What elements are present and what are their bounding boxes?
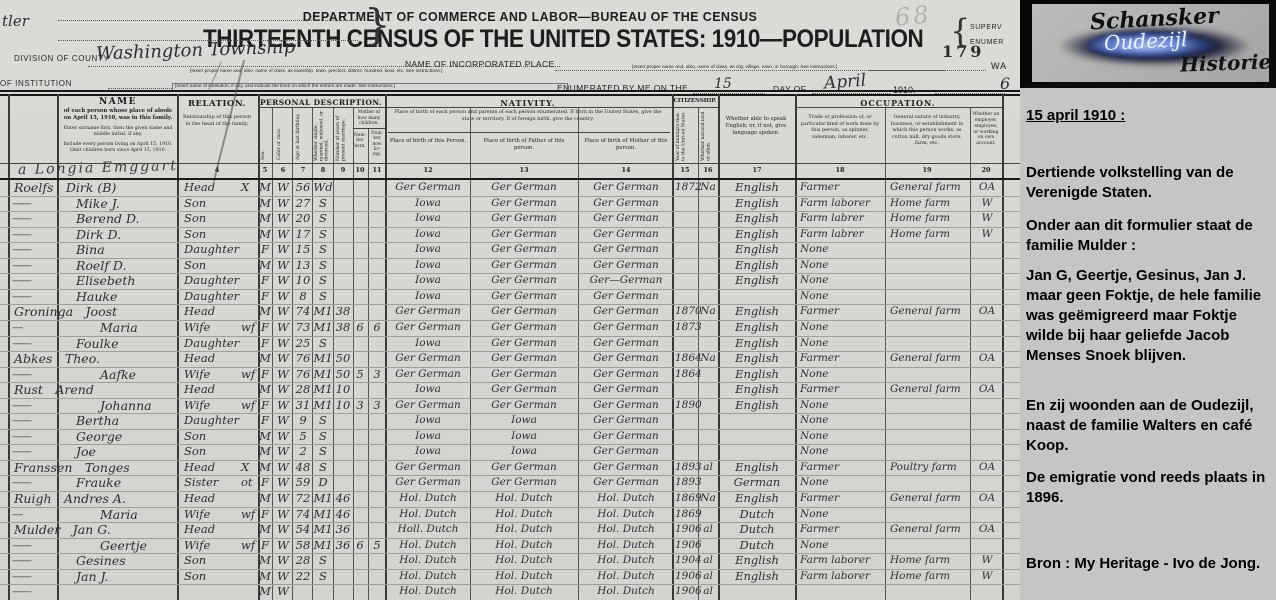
grid-line — [795, 107, 1002, 108]
cell-lang: Dutch — [739, 522, 774, 537]
cell-imm: 1906 — [675, 584, 702, 599]
cell-marital: M1 — [313, 522, 332, 537]
cell-name: Maria — [100, 320, 138, 335]
cell-rel: Daughter — [184, 289, 239, 304]
cell-trade: None — [800, 273, 829, 288]
cell-pob: Iowa — [415, 196, 441, 211]
cell-name: Ruigh Andres A. — [14, 491, 126, 506]
cell-industry: General farm — [890, 351, 961, 366]
cell-trade: Farm laborer — [800, 569, 870, 584]
annotation-sidebar: Schansker Oudezijl Historie 15 april 191… — [1020, 0, 1276, 600]
cell-rel: Daughter — [184, 336, 239, 351]
cell-relx: X — [241, 460, 249, 475]
cell-name: Franssen Tonges — [14, 460, 130, 475]
cell-rel: Head — [184, 522, 215, 537]
cell-pobf: Ger German — [491, 273, 557, 288]
cell-name: Joe — [76, 444, 96, 459]
cell-pobf: Ger German — [491, 382, 557, 397]
blank-line — [58, 20, 358, 21]
column-number: 11 — [372, 166, 381, 174]
cell-name: Aafke — [100, 367, 136, 382]
cell-yrs: 38 — [336, 304, 351, 319]
cell-rel: Wife — [184, 398, 210, 413]
cell-dash: —— — [12, 211, 29, 226]
cell-pobf: Ger German — [491, 258, 557, 273]
citizenship-title: CITIZENSHIP. — [674, 98, 717, 104]
cell-pobm: Ger German — [593, 258, 659, 273]
enumerator-label: ENUMER — [970, 39, 1004, 46]
cell-nat: al — [703, 522, 713, 537]
naturalized-header: Whether natural-ized or alien. — [701, 108, 715, 161]
cell-marital: M1 — [313, 507, 332, 522]
cell-lang: English — [735, 196, 779, 211]
cell-rel: Head — [184, 180, 215, 195]
cell-pob: Hol. Dutch — [399, 507, 457, 522]
cell-trade: Farmer — [800, 180, 839, 195]
cell-pob: Hol. Dutch — [399, 553, 457, 568]
cell-trade: None — [800, 320, 829, 335]
sidebar-paragraph: Dertiende volkstelling van de Verenigde … — [1026, 163, 1276, 203]
cell-lang: English — [735, 227, 779, 242]
census-row: Aafke——WifewfFW76M15053Ger GermanGer Ger… — [0, 367, 1020, 383]
cell-lang: English — [735, 351, 779, 366]
cell-lang: English — [735, 491, 779, 506]
cell-pobm: Ger German — [593, 351, 659, 366]
speak-english-header: Whether able to speak English; or, if no… — [722, 116, 790, 137]
cell-dash: —— — [12, 398, 29, 413]
census-row: Ruigh Andres A.HeadMW72M146Hol. DutchHol… — [0, 491, 1020, 507]
cell-pobm: Ger German — [593, 242, 659, 257]
column-number: 15 — [680, 166, 689, 174]
cell-pobf: Ger German — [491, 336, 557, 351]
cell-rel: Head — [184, 491, 215, 506]
trade-header: Trade or profession of, or particular ki… — [799, 114, 881, 140]
cell-pob: Ger German — [395, 304, 461, 319]
cell-age: 2 — [299, 444, 306, 459]
cell-pob: Iowa — [415, 413, 441, 428]
cell-lang: English — [735, 273, 779, 288]
cell-age: 15 — [296, 242, 311, 257]
cell-pob: Ger German — [395, 398, 461, 413]
cell-yrs: 46 — [336, 507, 351, 522]
rule — [0, 90, 1020, 92]
cell-sex: M — [259, 429, 271, 444]
cell-pobf: Iowa — [511, 444, 537, 459]
cell-name: Gesines — [76, 553, 126, 568]
cell-acct: OA — [979, 382, 995, 397]
cell-lang: English — [735, 460, 779, 475]
cell-pobf: Hol. Dutch — [495, 522, 553, 537]
cell-rel: Wife — [184, 538, 210, 553]
cell-relx: wf — [241, 398, 255, 413]
cell-dash: —— — [12, 584, 29, 599]
rule — [0, 94, 1020, 96]
cell-sex: M — [259, 460, 271, 475]
cell-pob: Hol. Dutch — [399, 538, 457, 553]
census-form-scan: DEPARTMENT OF COMMERCE AND LABOR—BUREAU … — [0, 0, 1020, 600]
logo-text-oudezijl: Oudezijl — [1103, 27, 1188, 55]
cell-imm: 1906 — [675, 569, 702, 584]
cell-marital: M1 — [313, 320, 332, 335]
cell-sex: F — [261, 320, 269, 335]
cell-pob: Ger German — [395, 460, 461, 475]
cell-pobm: Ger German — [593, 336, 659, 351]
cell-pobm: Ger German — [593, 211, 659, 226]
cell-relx: wf — [241, 538, 255, 553]
cell-acct: OA — [979, 491, 995, 506]
cell-acct: W — [982, 196, 993, 211]
cell-pobm: Ger German — [593, 289, 659, 304]
cell-sex: M — [259, 382, 271, 397]
cell-dash: —— — [12, 413, 29, 428]
cell-trade: Farm labrer — [800, 211, 864, 226]
cell-rel: Son — [184, 553, 206, 568]
cell-rel: Son — [184, 211, 206, 226]
cell-trade: None — [800, 429, 829, 444]
cell-pobm: Hol. Dutch — [597, 569, 655, 584]
cell-industry: Home farm — [890, 211, 950, 226]
census-row: George——SonMW5SIowaIowaGer GermanNone — [0, 429, 1020, 445]
cell-trade: None — [800, 413, 829, 428]
cell-name: Geertje — [100, 538, 147, 553]
cell-name: Bina — [76, 242, 105, 257]
cell-sex: M — [259, 227, 271, 242]
cell-dash: —— — [12, 475, 29, 490]
cell-living: 5 — [373, 538, 380, 553]
cell-pobf: Ger German — [491, 304, 557, 319]
cell-name: Roelfs Dirk (B) — [14, 180, 116, 195]
cell-lang: German — [734, 475, 781, 490]
cell-rel: Head — [184, 304, 215, 319]
census-row: Frauke——SisterotFW59DGer GermanGer Germa… — [0, 475, 1020, 491]
cell-color: W — [277, 211, 289, 226]
cell-relx: ot — [241, 475, 253, 490]
cell-name: Foulke — [76, 336, 119, 351]
census-row: Joe——SonMW2SIowaIowaGer GermanNone — [0, 444, 1020, 460]
cell-relx: wf — [241, 367, 255, 382]
cell-pobf: Ger German — [491, 242, 557, 257]
cell-trade: None — [800, 444, 829, 459]
cell-pobf: Ger German — [491, 196, 557, 211]
cell-pobf: Hol. Dutch — [495, 553, 553, 568]
cell-pobm: Hol. Dutch — [597, 553, 655, 568]
cell-age: 27 — [296, 196, 311, 211]
cell-sex: M — [259, 304, 271, 319]
cell-color: W — [277, 258, 289, 273]
cell-sex: M — [259, 553, 271, 568]
census-row: Elisebeth——DaughterFW10SIowaGer GermanGe… — [0, 273, 1020, 289]
census-row: Berend D.——SonMW20SIowaGer GermanGer Ger… — [0, 211, 1020, 227]
cell-name: Abkes Theo. — [14, 351, 100, 366]
cell-yrs: 36 — [336, 538, 351, 553]
incorporated-place-note: [Insert proper name and, also, name of c… — [632, 65, 877, 71]
cell-acct: W — [982, 211, 993, 226]
cell-name: Johanna — [100, 398, 152, 413]
cell-pobf: Iowa — [511, 413, 537, 428]
column-number: 16 — [703, 166, 712, 174]
cell-industry: Home farm — [890, 196, 950, 211]
cell-dash: —— — [12, 289, 29, 304]
cell-pobf: Hol. Dutch — [495, 584, 553, 599]
supervisor-label: SUPERV — [970, 24, 1002, 31]
cell-color: W — [277, 569, 289, 584]
cell-color: W — [277, 273, 289, 288]
cell-color: W — [277, 553, 289, 568]
cell-rel: Daughter — [184, 273, 239, 288]
cell-age: 17 — [296, 227, 311, 242]
logo-text-historie: Historie — [1180, 49, 1272, 76]
cell-rel: Son — [184, 429, 206, 444]
day-of-label: DAY OF — [773, 84, 806, 94]
cell-dash: —— — [12, 553, 29, 568]
cell-name: Groninga Joost — [14, 304, 117, 319]
cell-lang: English — [735, 398, 779, 413]
cell-trade: Farm labrer — [800, 227, 864, 242]
cell-trade: Farmer — [800, 491, 839, 506]
sidebar-source: Bron : My Heritage - Ivo de Jong. — [1026, 554, 1276, 574]
cell-pobf: Hol. Dutch — [495, 538, 553, 553]
column-number: 8 — [321, 166, 326, 174]
cell-marital: Wd — [313, 180, 332, 195]
cell-age: 28 — [296, 553, 311, 568]
cell-nat: al — [703, 460, 713, 475]
census-row: Abkes Theo.HeadMW76M150Ger GermanGer Ger… — [0, 351, 1020, 367]
cell-imm: 1864 — [675, 367, 702, 382]
grid-line — [388, 132, 670, 133]
cell-living: 3 — [373, 367, 380, 382]
relation-column-title: RELATION. — [188, 99, 246, 109]
immigration-year-header: Year of immigra-tion to the Unit-ed Stat… — [676, 108, 694, 161]
cell-trade: Farm laborer — [800, 196, 870, 211]
cell-age: 76 — [296, 367, 311, 382]
ward-line — [868, 70, 986, 71]
census-row: Johanna——WifewfFW31M11033Ger GermanGer G… — [0, 398, 1020, 414]
cell-pobm: Ger German — [593, 382, 659, 397]
column-number: 18 — [835, 166, 844, 174]
cell-name: Mulder Jan G. — [14, 522, 111, 537]
cell-pobm: Hol. Dutch — [597, 507, 655, 522]
cell-pob: Ger German — [395, 475, 461, 490]
cell-marital: M1 — [313, 491, 332, 506]
cell-rel: Wife — [184, 320, 210, 335]
cell-trade: None — [800, 507, 829, 522]
cell-age: 54 — [296, 522, 311, 537]
cell-lang: English — [735, 211, 779, 226]
cell-age: 56 — [296, 180, 311, 195]
cell-name: George — [76, 429, 122, 444]
cell-pobf: Ger German — [491, 289, 557, 304]
cell-dash: —— — [12, 258, 29, 273]
employer-header: Whether an employer, employee, or workin… — [972, 112, 1000, 147]
cell-born: 5 — [356, 367, 363, 382]
cell-marital: S — [319, 413, 327, 428]
cell-color: W — [277, 413, 289, 428]
years-married-header: Number of years of present marriage. — [336, 108, 350, 161]
cell-trade: Farmer — [800, 522, 839, 537]
cell-trade: Farmer — [800, 351, 839, 366]
cell-dash: — — [12, 320, 21, 335]
cell-imm: 1869 — [675, 491, 702, 506]
cell-name: Bertha — [76, 413, 119, 428]
cell-yrs: 10 — [336, 382, 351, 397]
cell-marital: S — [319, 569, 327, 584]
cell-pobm: Hol. Dutch — [597, 584, 655, 599]
cell-imm: 1873 — [675, 320, 702, 335]
cell-yrs: 50 — [336, 351, 351, 366]
cell-relx: wf — [241, 507, 255, 522]
census-row: Dirk D.——SonMW17SIowaGer GermanGer Germa… — [0, 227, 1020, 243]
cell-color: W — [277, 460, 289, 475]
cell-nat: Na — [700, 304, 715, 319]
stamp-mark: 68 — [894, 0, 933, 32]
cell-sex: M — [259, 180, 271, 195]
cell-imm: 1893 — [675, 475, 702, 490]
cell-pobm: Ger German — [593, 429, 659, 444]
cell-color: W — [277, 444, 289, 459]
cell-industry: Poultry farm — [890, 460, 957, 475]
cell-color: W — [277, 304, 289, 319]
cell-pob: Iowa — [415, 211, 441, 226]
census-row: ——MWHol. DutchHol. DutchHol. Dutch1906al — [0, 584, 1020, 600]
cell-pobm: Hol. Dutch — [597, 522, 655, 537]
cell-age: 28 — [296, 382, 311, 397]
cell-marital: M1 — [313, 351, 332, 366]
cell-rel: Son — [184, 227, 206, 242]
cell-lang: English — [735, 367, 779, 382]
cell-pob: Iowa — [415, 336, 441, 351]
cell-sex: M — [259, 258, 271, 273]
cell-yrs: 50 — [336, 367, 351, 382]
cell-sex: F — [261, 336, 269, 351]
cell-color: W — [277, 522, 289, 537]
cell-acct: OA — [979, 522, 995, 537]
cell-trade: None — [800, 538, 829, 553]
cell-born: 3 — [356, 398, 363, 413]
cell-trade: Farmer — [800, 460, 839, 475]
census-row: Maria—WifewfFW74M146Hol. DutchHol. Dutch… — [0, 507, 1020, 523]
cell-lang: English — [735, 382, 779, 397]
cell-marital: M1 — [313, 304, 332, 319]
cell-marital: S — [319, 336, 327, 351]
cell-pobf: Ger German — [491, 351, 557, 366]
cell-pobf: Ger German — [491, 460, 557, 475]
cell-dash: —— — [12, 242, 29, 257]
cell-imm: 1864 — [675, 351, 702, 366]
cell-name: Maria — [100, 507, 138, 522]
column-number: 17 — [752, 166, 761, 174]
cell-rel: Sister — [184, 475, 218, 490]
cell-color: W — [277, 538, 289, 553]
cell-marital: S — [319, 553, 327, 568]
census-row: Franssen TongesHeadXMW48SGer GermanGer G… — [0, 460, 1020, 476]
column-number: 13 — [519, 166, 528, 174]
annotation-handwriting: a Longia Emggart — [18, 158, 178, 178]
cell-pob: Ger German — [395, 351, 461, 366]
cell-pobm: Hol. Dutch — [597, 538, 655, 553]
cell-acct: OA — [979, 351, 995, 366]
cell-marital: S — [319, 196, 327, 211]
cell-acct: OA — [979, 460, 995, 475]
cell-marital: S — [319, 258, 327, 273]
cell-name: Hauke — [76, 289, 117, 304]
sidebar-paragraph: En zij woonden aan de Oudezijl, naast de… — [1026, 396, 1276, 456]
cell-age: 76 — [296, 351, 311, 366]
name-column-desc3: Include every person living on April 15,… — [62, 142, 174, 154]
cell-lang: English — [735, 304, 779, 319]
cell-pobm: Ger German — [593, 475, 659, 490]
column-number: 14 — [621, 166, 630, 174]
cell-rel: Son — [184, 258, 206, 273]
cell-industry: General farm — [890, 491, 961, 506]
cell-age: 58 — [296, 538, 311, 553]
column-number: 20 — [981, 166, 990, 174]
cell-age: 73 — [296, 320, 311, 335]
cell-pobf: Ger German — [491, 475, 557, 490]
sidebar-paragraph: De emigratie vond reeds plaats in 1896. — [1026, 468, 1276, 508]
cell-name: Mike J. — [76, 196, 120, 211]
cell-marital: D — [318, 475, 327, 490]
cell-dash: —— — [12, 569, 29, 584]
cell-color: W — [277, 475, 289, 490]
cell-age: 5 — [299, 429, 306, 444]
cell-trade: None — [800, 475, 829, 490]
sidebar-paragraph: Onder aan dit formulier staat de familie… — [1026, 216, 1276, 256]
cell-sex: M — [259, 444, 271, 459]
cell-living: 6 — [373, 320, 380, 335]
cell-pob: Iowa — [415, 227, 441, 242]
cell-imm: 1872 — [675, 180, 702, 195]
cell-rel: Head — [184, 382, 215, 397]
cell-color: W — [277, 507, 289, 522]
cell-pob: Iowa — [415, 444, 441, 459]
column-number: 4 — [215, 166, 220, 174]
census-row: Rust ArendHeadMW28M110IowaGer GermanGer … — [0, 382, 1020, 398]
cell-rel: Daughter — [184, 242, 239, 257]
cell-industry: General farm — [890, 180, 961, 195]
cell-pob: Iowa — [415, 382, 441, 397]
census-row: Gesines——SonMW28SHol. DutchHol. DutchHol… — [0, 553, 1020, 569]
cell-nat: al — [703, 584, 713, 599]
column-number: 7 — [301, 166, 306, 174]
cell-color: W — [277, 367, 289, 382]
cell-imm: 1890 — [675, 398, 702, 413]
cell-pobf: Ger German — [491, 211, 557, 226]
cell-lang: Dutch — [739, 538, 774, 553]
census-row: Mulder Jan G.HeadMW54M136Holl. DutchHol.… — [0, 522, 1020, 538]
cell-rel: Wife — [184, 507, 210, 522]
cell-imm: 1870 — [675, 304, 702, 319]
cell-industry: Home farm — [890, 227, 950, 242]
cell-acct: OA — [979, 304, 995, 319]
cell-pob: Iowa — [415, 258, 441, 273]
column-number: 10 — [355, 166, 364, 174]
cell-lang: English — [735, 180, 779, 195]
cell-sex: F — [261, 413, 269, 428]
nativity-desc: Place of birth of each person and parent… — [392, 109, 664, 122]
cell-age: 74 — [296, 507, 311, 522]
cell-living: 3 — [373, 398, 380, 413]
cell-sex: M — [259, 196, 271, 211]
cell-trade: None — [800, 398, 829, 413]
brace-glyph: { — [950, 12, 970, 50]
cell-pob: Iowa — [415, 289, 441, 304]
cell-dash: —— — [12, 227, 29, 242]
cell-yrs: 36 — [336, 522, 351, 537]
cell-sex: M — [259, 211, 271, 226]
census-row: Roelfs Dirk (B)HeadXMW56WdGer GermanGer … — [0, 180, 1020, 196]
cell-marital: S — [319, 211, 327, 226]
cell-marital: M1 — [313, 382, 332, 397]
